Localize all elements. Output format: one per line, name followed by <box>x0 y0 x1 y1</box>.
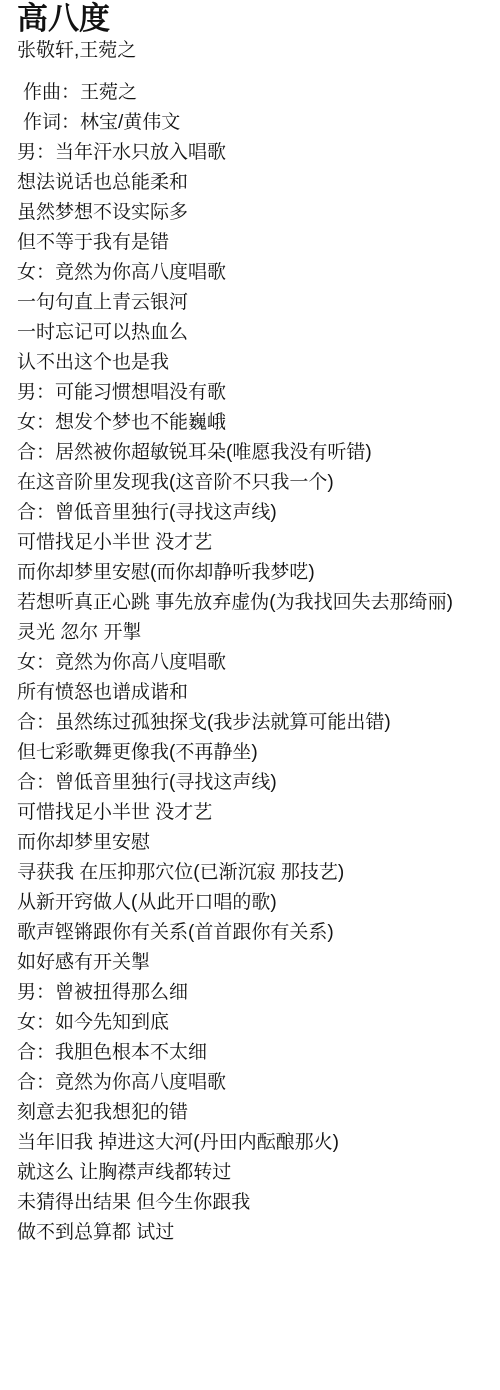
lyric-line: 合：曾低音里独行(寻找这声线) <box>17 498 492 528</box>
lyric-line: 如好感有开关掣 <box>17 948 492 978</box>
lyric-line: 女：如今先知到底 <box>17 1008 492 1038</box>
lyric-line: 未猜得出结果 但今生你跟我 <box>17 1188 492 1218</box>
lyric-line: 合：我胆色根本不太细 <box>17 1038 492 1068</box>
lyric-line: 所有愤怒也谱成谐和 <box>17 678 492 708</box>
lyrics-block: 作曲：王菀之作词：林宝/黄伟文 男：当年汗水只放入唱歌想法说话也总能柔和虽然梦想… <box>17 78 492 1248</box>
lyric-line: 若想听真正心跳 事先放弃虚伪(为我找回失去那绮丽) <box>17 588 492 618</box>
lyric-line: 在这音阶里发现我(这音阶不只我一个) <box>17 468 492 498</box>
lyric-line: 男：可能习惯想唱没有歌 <box>17 378 492 408</box>
credit-line: 作词：林宝/黄伟文 <box>17 108 492 138</box>
lyric-lines: 男：当年汗水只放入唱歌想法说话也总能柔和虽然梦想不设实际多但不等于我有是错女：竟… <box>17 138 492 1248</box>
lyric-line: 合：曾低音里独行(寻找这声线) <box>17 768 492 798</box>
lyric-line: 而你却梦里安慰 <box>17 828 492 858</box>
lyric-line: 合：虽然练过孤独探戈(我步法就算可能出错) <box>17 708 492 738</box>
lyric-line: 合：竟然为你高八度唱歌 <box>17 1068 492 1098</box>
lyric-line: 一时忘记可以热血么 <box>17 318 492 348</box>
lyric-line: 但不等于我有是错 <box>17 228 492 258</box>
lyric-line: 虽然梦想不设实际多 <box>17 198 492 228</box>
lyric-line: 就这么 让胸襟声线都转过 <box>17 1158 492 1188</box>
lyric-line: 从新开窍做人(从此开口唱的歌) <box>17 888 492 918</box>
lyric-line: 当年旧我 掉进这大河(丹田内酝酿那火) <box>17 1128 492 1158</box>
lyric-line: 而你却梦里安慰(而你却静听我梦呓) <box>17 558 492 588</box>
lyric-line: 灵光 忽尔 开掣 <box>17 618 492 648</box>
lyric-line: 寻获我 在压抑那穴位(已渐沉寂 那技艺) <box>17 858 492 888</box>
lyric-line: 女：想发个梦也不能巍峨 <box>17 408 492 438</box>
song-title: 高八度 <box>17 0 492 38</box>
credit-lines: 作曲：王菀之作词：林宝/黄伟文 <box>17 78 492 138</box>
credit-line: 作曲：王菀之 <box>17 78 492 108</box>
lyric-line: 一句句直上青云银河 <box>17 288 492 318</box>
lyric-line: 男：曾被扭得那么细 <box>17 978 492 1008</box>
lyric-line: 可惜找足小半世 没才艺 <box>17 798 492 828</box>
lyrics-page: 高八度 张敬轩,王菀之 作曲：王菀之作词：林宝/黄伟文 男：当年汗水只放入唱歌想… <box>0 0 500 1248</box>
lyric-line: 认不出这个也是我 <box>17 348 492 378</box>
lyric-line: 合：居然被你超敏锐耳朵(唯愿我没有听错) <box>17 438 492 468</box>
lyric-line: 男：当年汗水只放入唱歌 <box>17 138 492 168</box>
artist-names: 张敬轩,王菀之 <box>17 39 492 63</box>
lyric-line: 女：竟然为你高八度唱歌 <box>17 258 492 288</box>
lyric-line: 歌声铿锵跟你有关系(首首跟你有关系) <box>17 918 492 948</box>
lyric-line: 但七彩歌舞更像我(不再静坐) <box>17 738 492 768</box>
lyric-line: 做不到总算都 试过 <box>17 1218 492 1248</box>
lyric-line: 可惜找足小半世 没才艺 <box>17 528 492 558</box>
lyric-line: 女：竟然为你高八度唱歌 <box>17 648 492 678</box>
lyric-line: 想法说话也总能柔和 <box>17 168 492 198</box>
lyric-line: 刻意去犯我想犯的错 <box>17 1098 492 1128</box>
